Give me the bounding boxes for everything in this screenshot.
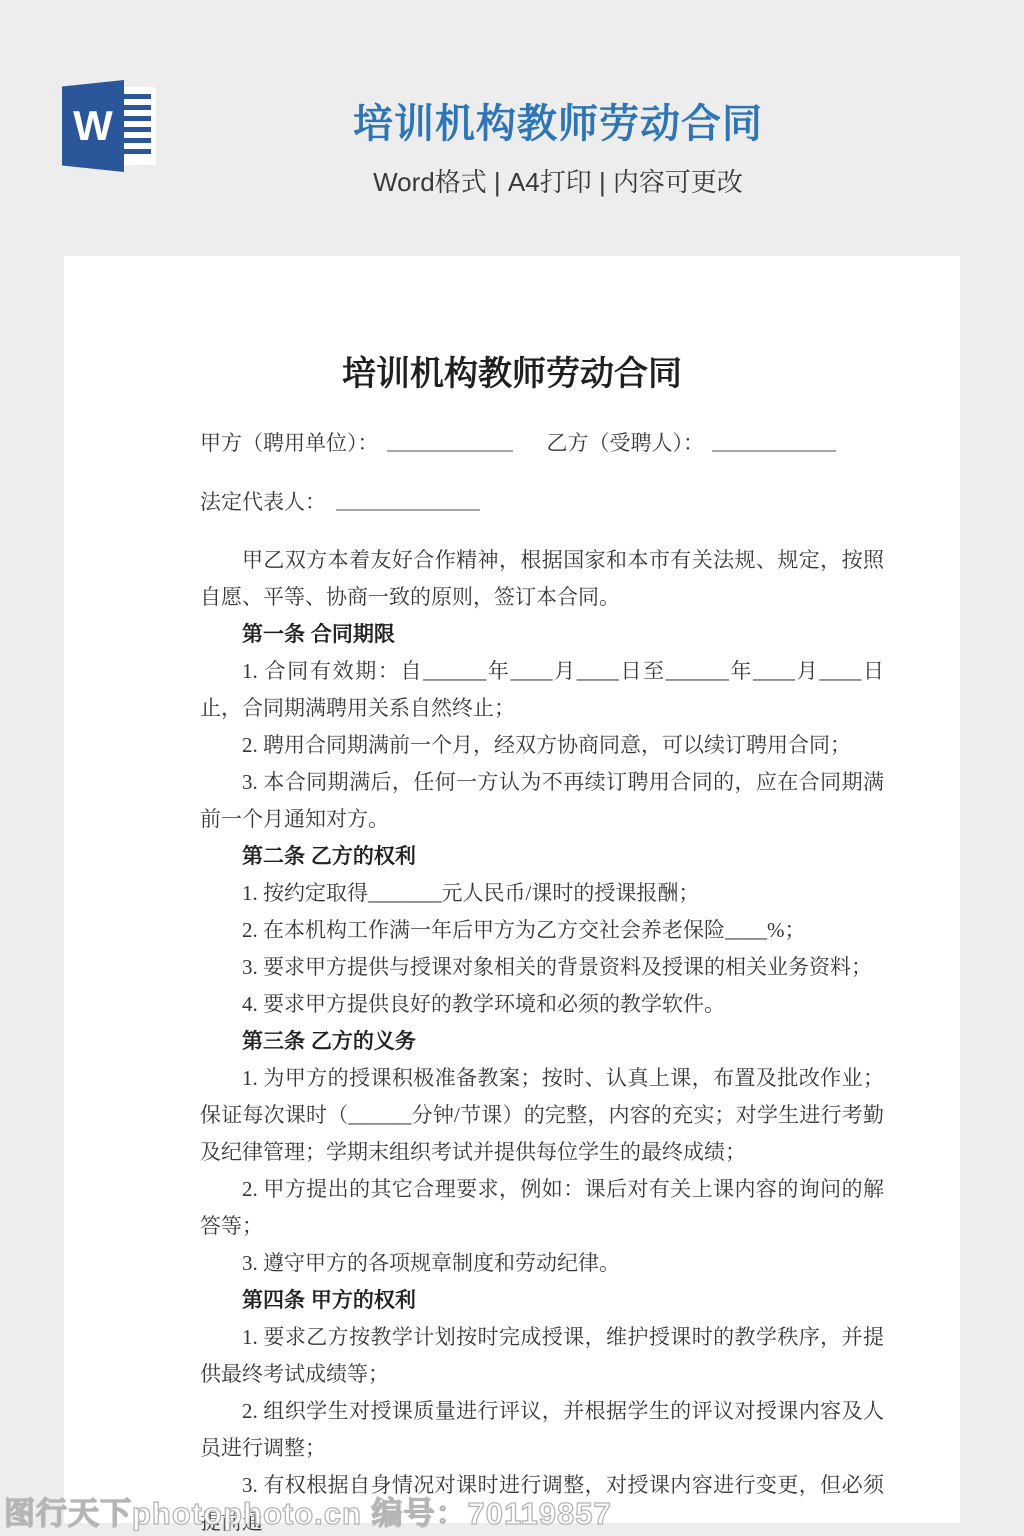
contract-paragraph: 3. 本合同期满后，任何一方认为不再续订聘用合同的，应在合同期满前一个月通知对方… bbox=[200, 764, 884, 838]
document-paragraphs: 甲乙双方本着友好合作精神，根据国家和本市有关法规、规定，按照自愿、平等、协商一致… bbox=[200, 542, 884, 1536]
party-line: 甲方（聘用单位）：乙方（受聘人）： bbox=[200, 424, 884, 462]
contract-paragraph: 2. 组织学生对授课质量进行评议，并根据学生的评议对授课内容及人员进行调整； bbox=[200, 1393, 884, 1467]
legal-rep-line: 法定代表人： bbox=[200, 483, 884, 521]
site-watermark: 图行天下photophoto.cn 编号：70119857 bbox=[4, 1488, 612, 1533]
party-b-blank-line bbox=[712, 432, 836, 452]
contract-paragraph: 甲乙双方本着友好合作精神，根据国家和本市有关法规、规定，按照自愿、平等、协商一致… bbox=[200, 542, 884, 616]
legal-rep-label: 法定代表人： bbox=[200, 490, 326, 514]
clause-heading: 第四条 甲方的权利 bbox=[200, 1282, 884, 1319]
party-a-blank-line bbox=[387, 432, 513, 452]
clause-heading: 第三条 乙方的义务 bbox=[200, 1023, 884, 1060]
contract-paragraph: 1. 为甲方的授课积极准备教案；按时、认真上课，布置及批改作业；保证每次课时（_… bbox=[200, 1060, 884, 1171]
contract-paragraph: 2. 在本机构工作满一年后甲方为乙方交社会养老保险____%； bbox=[200, 912, 884, 949]
party-a-label: 甲方（聘用单位）： bbox=[200, 431, 379, 455]
template-title: 培训机构教师劳动合同 bbox=[92, 92, 1024, 149]
contract-paragraph: 2. 聘用合同期满前一个月，经双方协商同意，可以续订聘用合同； bbox=[200, 727, 884, 764]
contract-title: 培训机构教师劳动合同 bbox=[64, 352, 960, 398]
contract-paragraph: 3. 要求甲方提供与授课对象相关的背景资料及授课的相关业务资料； bbox=[200, 949, 884, 986]
contract-paragraph: 4. 要求甲方提供良好的教学环境和必须的教学软件。 bbox=[200, 986, 884, 1023]
document-content: 培训机构教师劳动合同 甲方（聘用单位）：乙方（受聘人）： 法定代表人： 甲乙双方… bbox=[64, 256, 960, 1536]
contract-paragraph: 1. 要求乙方按教学计划按时完成授课，维护授课时的教学秩序，并提供最终考试成绩等… bbox=[200, 1319, 884, 1393]
document-page: 培训机构教师劳动合同 甲方（聘用单位）：乙方（受聘人）： 法定代表人： 甲乙双方… bbox=[64, 256, 960, 1523]
contract-paragraph: 1. 按约定取得_______元人民币/课时的授课报酬； bbox=[200, 875, 884, 912]
template-format-subtitle: Word格式 | A4打印 | 内容可更改 bbox=[92, 162, 1024, 199]
template-preview: W 培训机构教师劳动合同 Word格式 | A4打印 | 内容可更改 培训机构教… bbox=[0, 0, 1024, 1536]
contract-paragraph: 2. 甲方提出的其它合理要求，例如：课后对有关上课内容的询问的解答等； bbox=[200, 1171, 884, 1245]
contract-paragraph: 1. 合同有效期：自______年____月____日至______年____月… bbox=[200, 653, 884, 727]
header-text-block: 培训机构教师劳动合同 Word格式 | A4打印 | 内容可更改 bbox=[92, 92, 1024, 199]
contract-paragraph: 3. 遵守甲方的各项规章制度和劳动纪律。 bbox=[200, 1245, 884, 1282]
clause-heading: 第二条 乙方的权利 bbox=[200, 838, 884, 875]
legal-rep-blank-line bbox=[336, 491, 480, 511]
clause-heading: 第一条 合同期限 bbox=[200, 616, 884, 653]
party-b-label: 乙方（受聘人）： bbox=[547, 431, 705, 455]
